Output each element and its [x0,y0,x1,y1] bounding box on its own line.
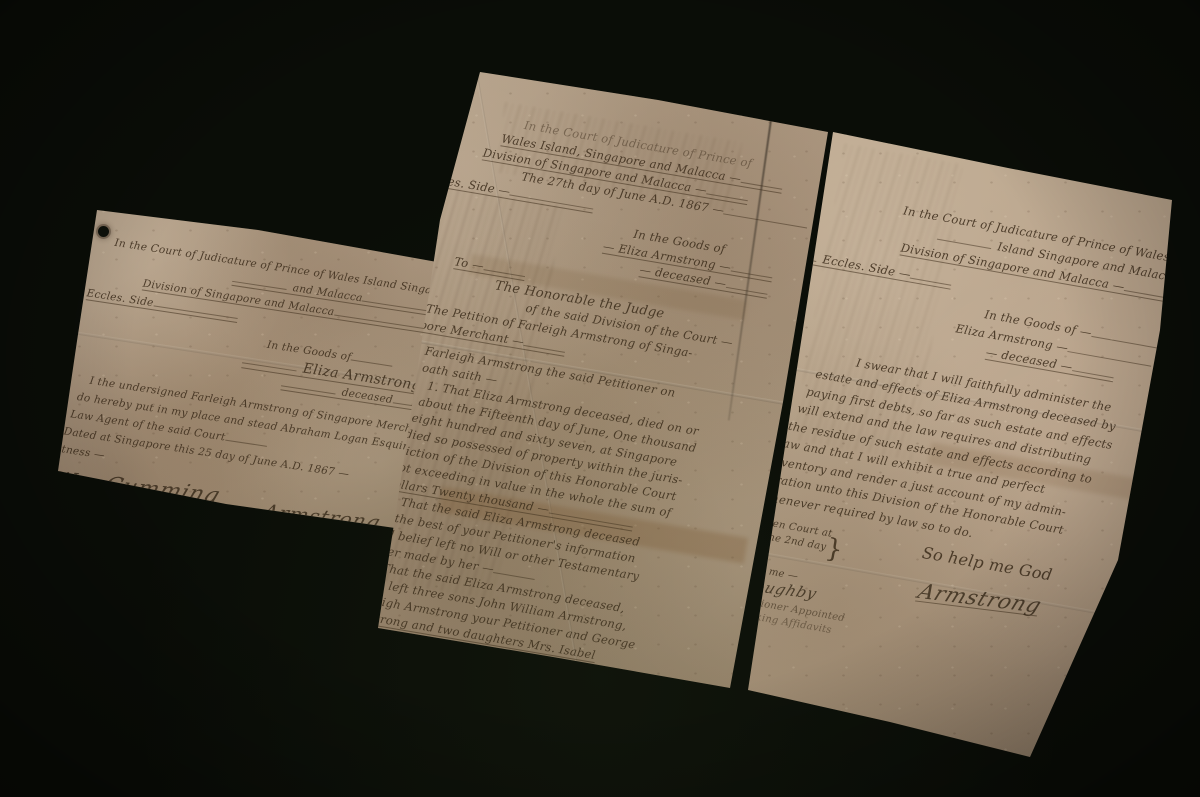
deponent-signature: Armstrong [915,582,1044,616]
party-signature: Armstrong [261,503,384,532]
handwritten-text: In the Court of Judicature of Prince of … [71,233,451,540]
document-appointment-note: In the Court of Judicature of Prince of … [58,209,437,528]
document-oath: In the Court of Judicature of Prince of … [748,132,1188,757]
handwritten-text: In the Court of Judicature of Prince of … [763,190,1165,684]
photo-of-documents: { "scene": { "background_color": "#0a0d0… [0,0,1200,797]
punch-hole [98,226,109,237]
